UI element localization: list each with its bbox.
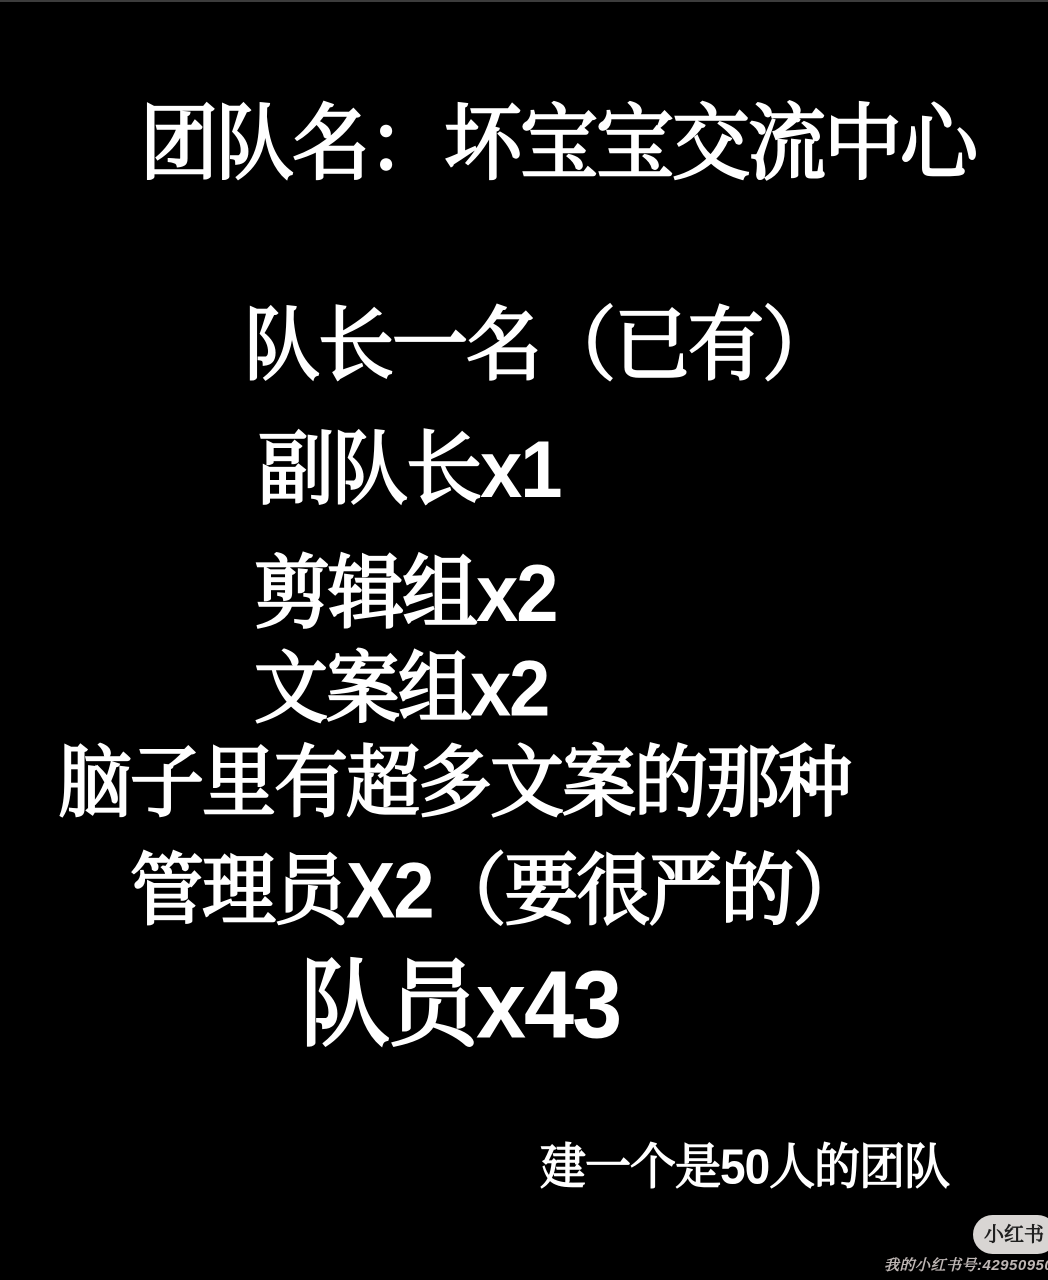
user-id-watermark: 我的小红书号:42950950372 <box>884 1254 1048 1275</box>
members-line: 队员x43 <box>300 958 620 1053</box>
vice-captain-line: 副队长x1 <box>258 430 561 511</box>
admin-line: 管理员X2（要很严的） <box>130 852 865 930</box>
footer-note: 建一个是50人的团队 <box>540 1142 949 1191</box>
editing-group-line: 剪辑组x2 <box>254 554 557 635</box>
poster-canvas: 团队名：坏宝宝交流中心 队长一名（已有） 副队长x1 剪辑组x2 文案组x2 脑… <box>0 0 1048 1280</box>
captain-line: 队长一名（已有） <box>244 306 836 387</box>
copywriting-group-line: 文案组x2 <box>254 650 548 728</box>
xiaohongshu-logo-badge: 小红书 <box>973 1215 1048 1254</box>
copywriting-note-line: 脑子里有超多文案的那种 <box>58 744 850 822</box>
team-name-title: 团队名：坏宝宝交流中心 <box>140 102 976 185</box>
xiaohongshu-logo-text: 小红书 <box>984 1225 1044 1245</box>
